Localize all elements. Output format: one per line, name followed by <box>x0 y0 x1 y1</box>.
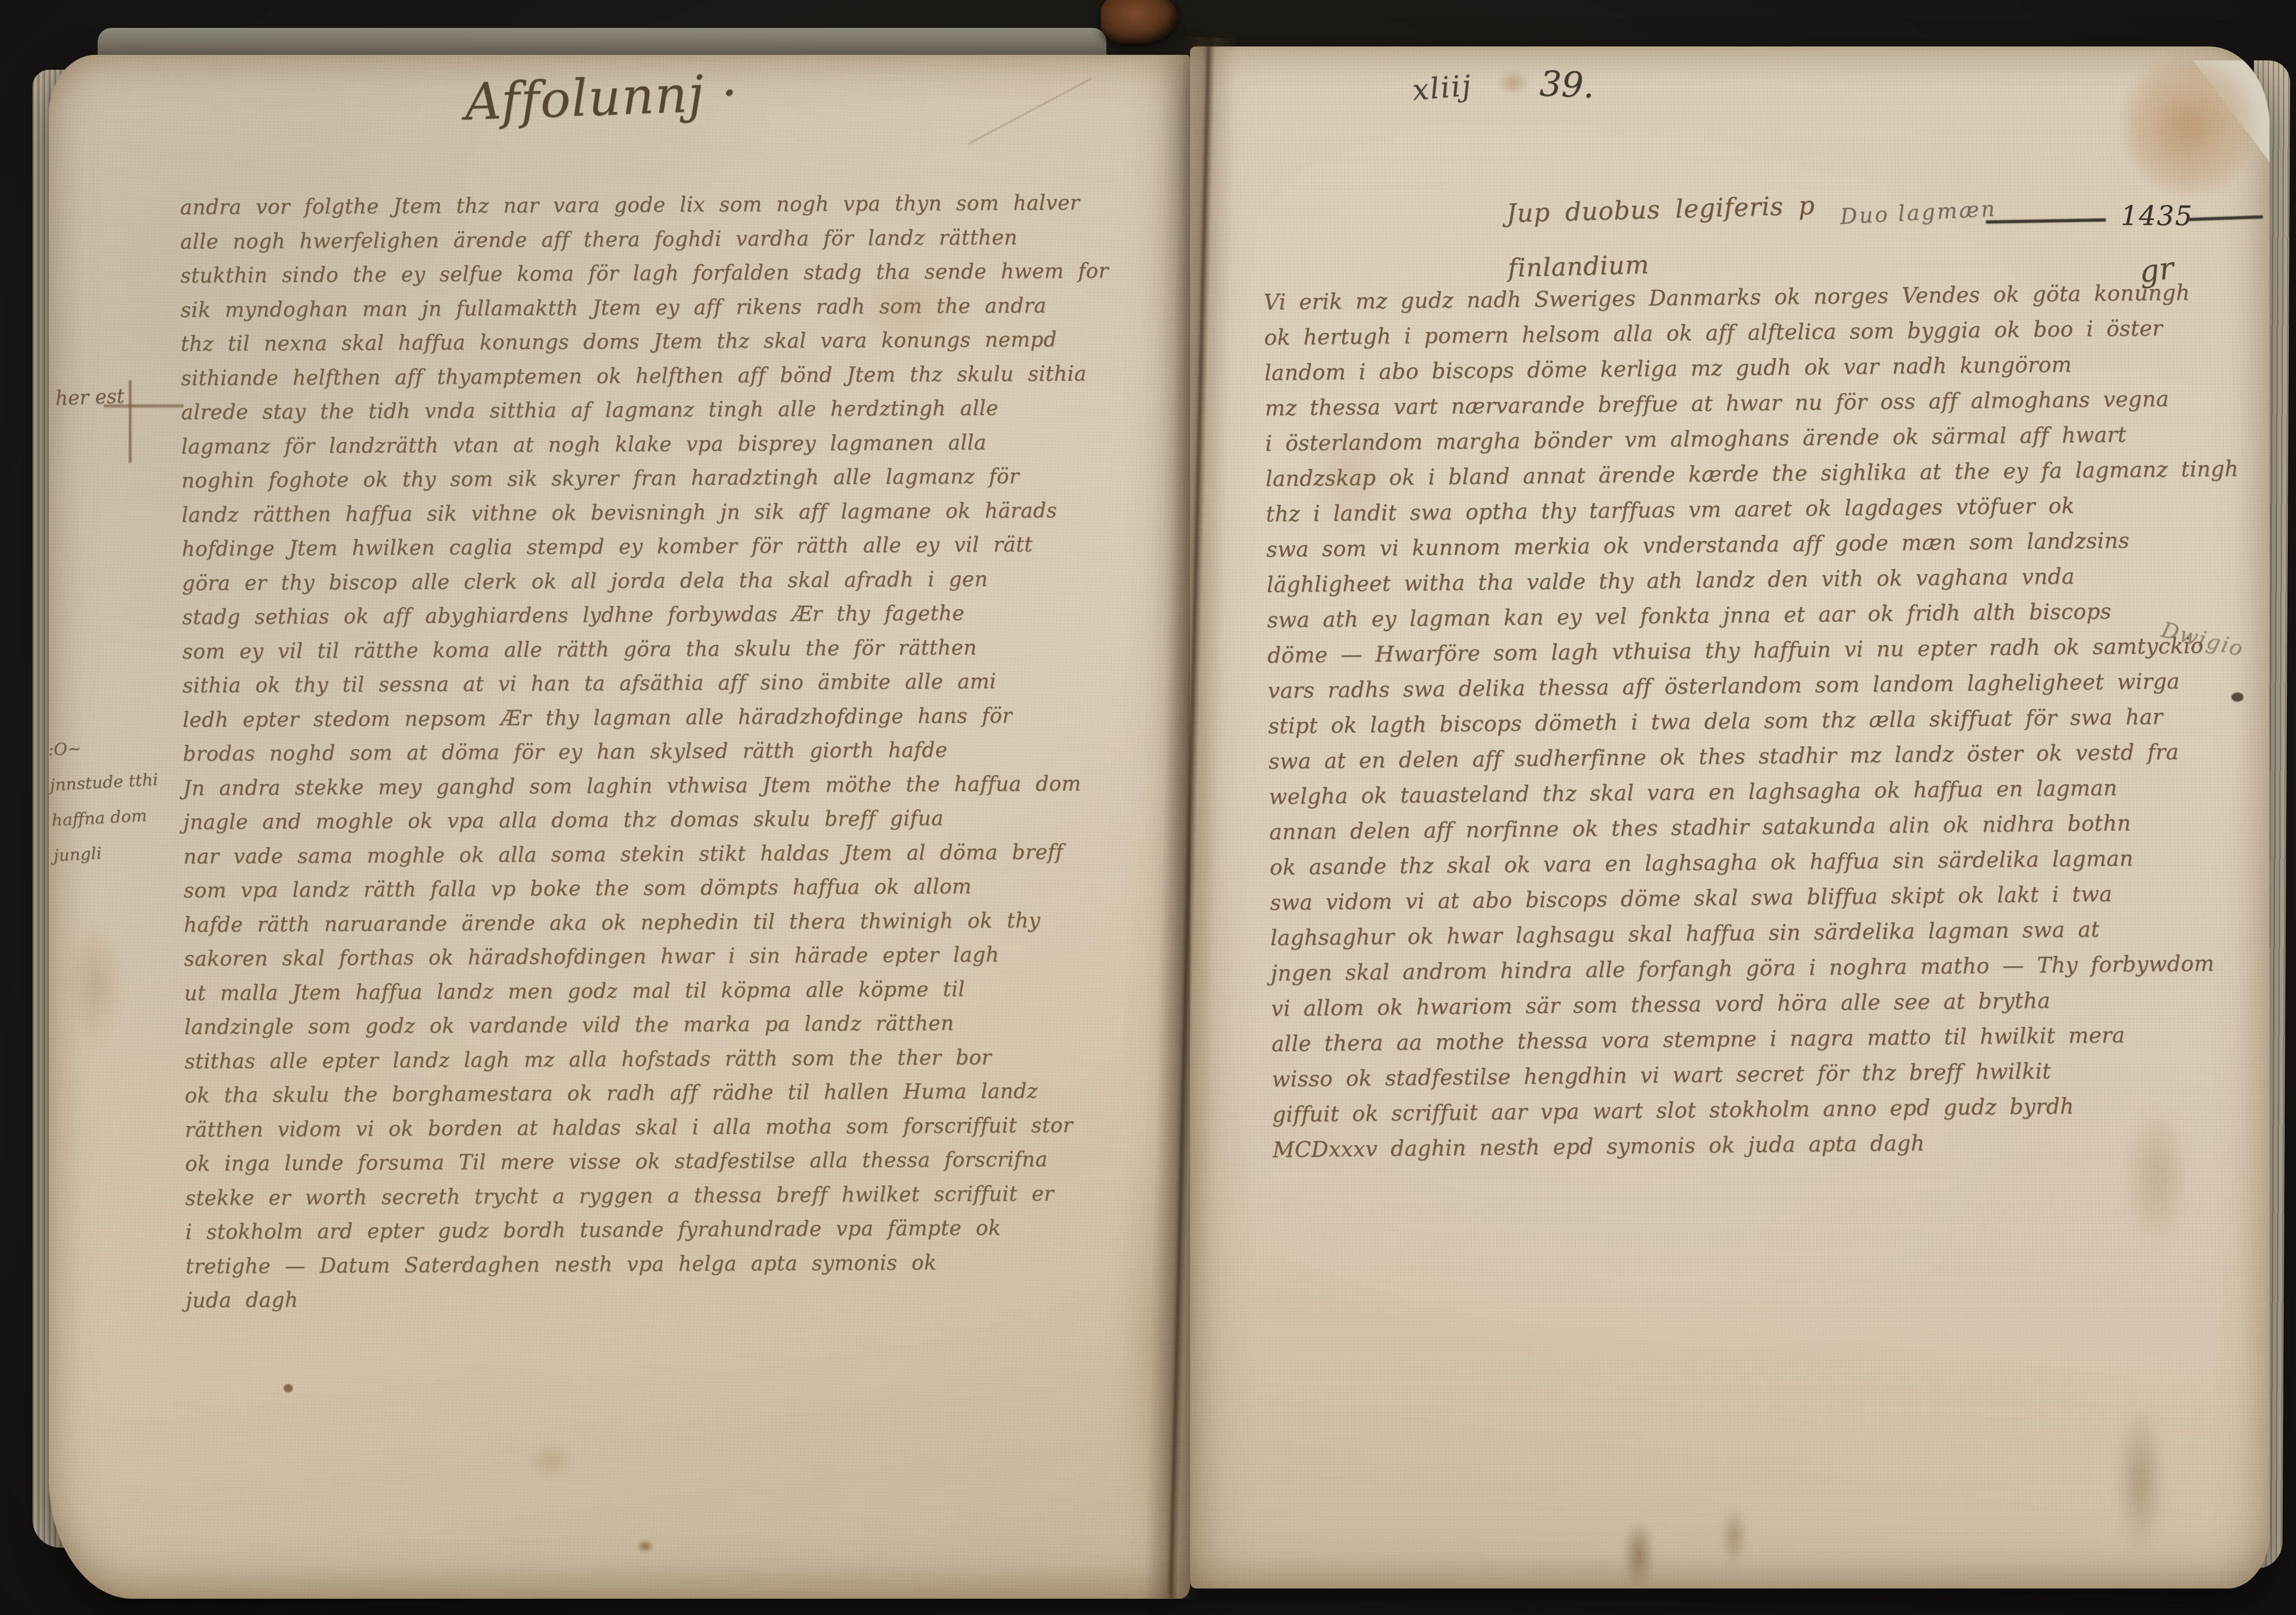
manuscript-text-line: Jup duobus legiferis p <box>1506 178 1816 241</box>
manuscript-text-line: nar vade sama moghle ok alla soma stekin… <box>183 834 1164 874</box>
manuscript-text-line: alle nogh hwerfelighen ärende aff thera … <box>180 219 1161 259</box>
stain <box>2115 1404 2166 1557</box>
manuscript-text-line: göra er thy biscop alle clerk ok all jor… <box>182 561 1163 600</box>
dog-ear-corner <box>2156 60 2270 195</box>
manuscript-text-line: :O~ <box>49 727 157 768</box>
manuscript-text-line: stadg sethias ok aff abyghiardens lydhne… <box>182 595 1163 635</box>
year-annotation: 1435 <box>2121 200 2193 231</box>
stain <box>1720 1506 1748 1566</box>
manuscript-text-line: ledh epter stedom nepsom Ær thy lagman a… <box>183 698 1164 737</box>
manuscript-text-line: haffna dom <box>51 798 161 838</box>
manuscript-text-line: andra vor folgthe Jtem thz nar vara gode… <box>180 185 1161 225</box>
manuscript-text-line: ok tha skulu the borghamestara ok radh a… <box>185 1074 1165 1113</box>
right-page: xliij 39. Jup duobus legiferis pfinlandi… <box>1190 46 2270 1589</box>
manuscript-text-line: sakoren skal forthas ok häradshofdingen … <box>184 937 1165 976</box>
left-page-header: Affolunnj · <box>464 64 739 132</box>
manuscript-text-line: brodas noghd som at döma för ey han skyl… <box>183 732 1164 771</box>
margin-note-lower: :O~jnnstude tthihaffna domjungli <box>49 727 163 874</box>
manuscript-text-line: hofdinge Jtem hwilken caglia stempd ey k… <box>182 527 1163 567</box>
folio-number-arabic: 39. <box>1539 64 1595 106</box>
stain <box>284 1384 293 1392</box>
manuscript-text-line: stukthin sindo the ey selfue koma för la… <box>180 254 1161 293</box>
stain <box>528 1442 574 1479</box>
manuscript-text-line: i stokholm ard epter gudz bordh tusande … <box>185 1210 1166 1250</box>
manuscript-text-line: sithia ok thy til sessna at vi han ta af… <box>182 664 1163 703</box>
annotation-dash-stroke <box>2189 215 2263 221</box>
margin-cross-mark-vertical <box>129 380 132 463</box>
manuscript-text-line: som vpa landz rätth falla vp boke the so… <box>184 869 1165 908</box>
manuscript-text-line: sik myndoghan man jn fullamaktth Jtem ey… <box>180 288 1161 327</box>
stain <box>1497 70 1529 95</box>
manuscript-text-line: stekke er worth secreth trycht a ryggen … <box>185 1176 1166 1215</box>
manuscript-text-line: alrede stay the tidh vnda sitthia af lag… <box>181 390 1162 430</box>
left-page-body-text: andra vor folgthe Jtem thz nar vara gode… <box>180 185 1167 1318</box>
pen-scratch <box>968 78 1092 145</box>
manuscript-text-line: juda dagh <box>185 1279 1166 1318</box>
manuscript-text-line: rätthen vidom vi ok borden at haldas ska… <box>185 1107 1165 1147</box>
manuscript-text-line: landz rätthen haffua sik vithne ok bevis… <box>181 493 1162 532</box>
manuscript-text-line: jnagle and moghle ok vpa alla doma thz d… <box>183 800 1164 840</box>
leaf-edges-top <box>98 28 1106 58</box>
stain <box>637 1540 654 1553</box>
manuscript-text-line: sithiande helfthen aff thyamptemen ok he… <box>181 356 1162 396</box>
manuscript-book-photo: Affolunnj · her est :O~jnnstude tthihaff… <box>0 0 2296 1615</box>
folio-number-roman: xliij <box>1411 68 1474 107</box>
manuscript-text-line: thz til nexna skal haffua konungs doms J… <box>181 322 1162 362</box>
right-page-body-text: Vi erik mz gudz nadh Sweriges Danmarks o… <box>1264 274 2258 1167</box>
left-page: Affolunnj · her est :O~jnnstude tthihaff… <box>49 55 1190 1599</box>
manuscript-text-line: landzingle som godz ok vardande vild the… <box>184 1005 1165 1045</box>
manuscript-text-line: ok inga lunde forsuma Til mere visse ok … <box>185 1142 1166 1181</box>
manuscript-text-line: som ey vil til rätthe koma alle rätth gö… <box>182 629 1163 669</box>
rubric-heading: Jup duobus legiferis pfinlandium <box>1506 178 1817 296</box>
manuscript-text-line: Jn andra stekke mey ganghd som laghin vt… <box>183 766 1164 805</box>
manuscript-text-line: noghin foghote ok thy som sik skyrer fra… <box>181 459 1162 498</box>
manuscript-text-line: jungli <box>53 833 163 874</box>
stain <box>1622 1520 1655 1589</box>
margin-cross-mark-horizontal <box>104 404 184 408</box>
manuscript-text-line: tretighe — Datum Saterdaghen nesth vpa h… <box>185 1244 1166 1284</box>
manuscript-text-line: jnnstude tthi <box>49 762 159 803</box>
manuscript-text-line: hafde rätth naruarande ärende aka ok nep… <box>184 903 1165 942</box>
binding-knot <box>1101 0 1178 44</box>
manuscript-text-line: ut malla Jtem haffua landz men godz mal … <box>184 971 1165 1010</box>
manuscript-text-line: lagmanz för landzrätth vtan at nogh klak… <box>181 424 1162 464</box>
manuscript-text-line: stithas alle epter landz lagh mz alla ho… <box>185 1039 1165 1079</box>
later-annotation-duo-lagmen: Duo lagmæn <box>1839 196 1997 229</box>
annotation-dash-stroke <box>1986 218 2106 224</box>
stain <box>67 924 123 1045</box>
